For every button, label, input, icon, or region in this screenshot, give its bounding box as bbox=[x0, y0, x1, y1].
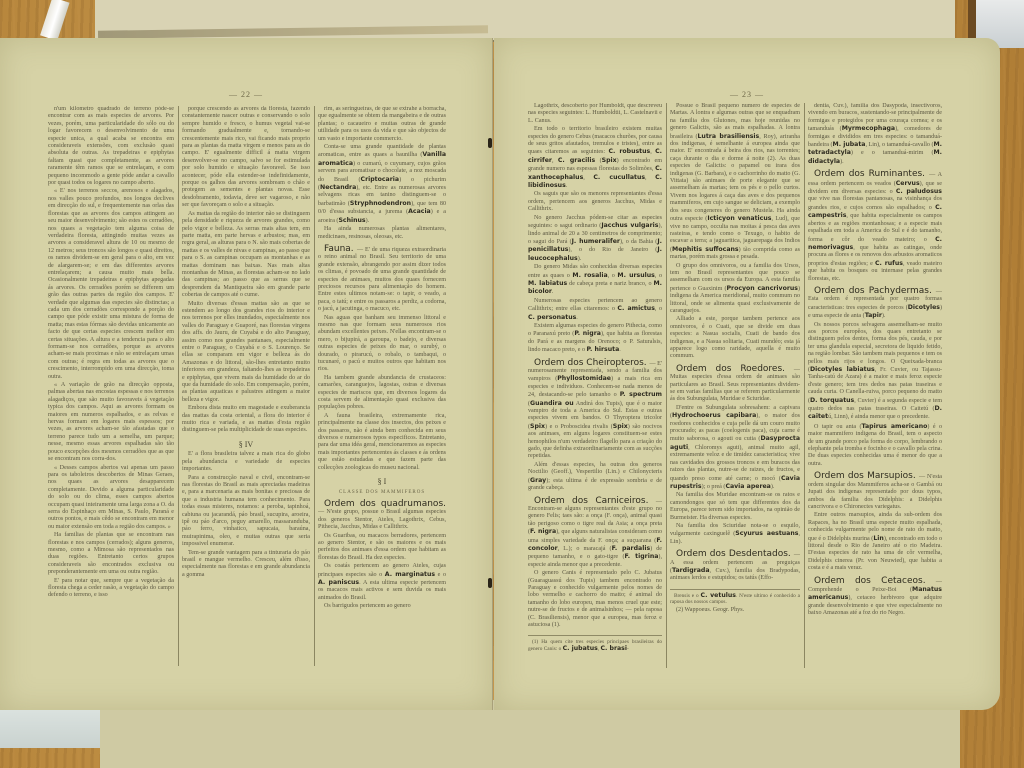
paragraph: Nas aguas que banham seu immenso littora… bbox=[318, 315, 446, 374]
left-column-1: n'um kilometro quadrado de terreno póde-… bbox=[48, 106, 174, 666]
section-heading: Ordem dos Marsupios. — N'esta ordem sing… bbox=[808, 473, 942, 511]
section-heading: Ordem dos Desdentados. — A essa ordem pe… bbox=[670, 551, 800, 583]
paragraph: Os saguis que são os menores representan… bbox=[528, 191, 662, 213]
paragraph: Lagothrix, descoberto por Humboldt, que … bbox=[528, 103, 662, 125]
right-column-2: Possue o Brasil pequeno numero de especi… bbox=[670, 103, 800, 668]
paragraph: Do genero Midas são conhecidas diversas … bbox=[528, 264, 662, 297]
right-column-3: dentia, Cuv.), familia dos Dasypoda, ins… bbox=[808, 103, 942, 668]
paragraph: D'entre os Subungulata sobresahem: a cap… bbox=[670, 405, 800, 491]
paragraph: Ha familias de plantas que se encontram … bbox=[48, 532, 174, 576]
right-column-1: Lagothrix, descoberto por Humboldt, que … bbox=[528, 103, 662, 668]
section-mark: § I bbox=[318, 478, 446, 485]
left-column-2: porque crescendo as arvores da floresta,… bbox=[182, 106, 310, 666]
left-page: — 22 — n'um kilometro quadrado de terren… bbox=[0, 38, 493, 710]
section-heading: Ordem dos Roedores. — Muitas especies d'… bbox=[670, 366, 800, 404]
section-heading: Fauna. — E' de uma riqueza extraordinari… bbox=[318, 246, 446, 314]
paragraph: « A variação de grão na direcção opposta… bbox=[48, 382, 174, 463]
paragraph: Possue o Brasil pequeno numero de especi… bbox=[670, 103, 800, 262]
column-rule bbox=[178, 106, 179, 666]
paragraph: Os barrigudos pertencem ao genero bbox=[318, 603, 446, 610]
column-rule bbox=[666, 103, 667, 668]
paragraph: porque crescendo as arvores da floresta,… bbox=[182, 106, 310, 210]
paragraph: Os Guaribas, ou macacos berradores, pert… bbox=[318, 533, 446, 563]
paragraph: (1) Ha quem cite tres especies principae… bbox=[528, 635, 662, 652]
paragraph: Entre outros marsupios, ainda da sub-ord… bbox=[808, 512, 942, 572]
paragraph: Na familia dos Muridae encontram-se os r… bbox=[670, 492, 800, 522]
left-column-3: rim, as seringueiras, de que se extrahe … bbox=[318, 106, 446, 666]
back-cover-bottom bbox=[100, 700, 960, 768]
paragraph: Tem-se grande vantagem para a tinturaria… bbox=[182, 550, 310, 580]
paragraph: Na familia dos Sciuridae nota-se o esqui… bbox=[670, 523, 800, 546]
paragraph: As mattas da região do interior não se d… bbox=[182, 211, 310, 300]
paragraph: « E' nos terrenos seccos, arenosos e ala… bbox=[48, 188, 174, 381]
paragraph: E' para notar que, sempre que a vegetaçã… bbox=[48, 578, 174, 600]
paragraph: « Desses campos abertos vai apenas um pa… bbox=[48, 465, 174, 532]
column-rule bbox=[314, 106, 315, 666]
binding-hole bbox=[488, 578, 492, 588]
section-heading: Ordem dos Cetaceos. — Comprehende o Peix… bbox=[808, 578, 942, 618]
binding-hole bbox=[488, 138, 492, 148]
paragraph: Os nossos porcos selvagens assemelham-se… bbox=[808, 322, 942, 422]
page-number: — 23 — bbox=[494, 90, 1000, 99]
section-mark: § IV bbox=[182, 441, 310, 448]
paragraph: rim, as seringueiras, de que se extrahe … bbox=[318, 106, 446, 143]
paragraph: O tapir ou anta (Tapirus americano) é o … bbox=[808, 423, 942, 468]
section-heading: Ordem dos Cheiropteros. — E' numerosamen… bbox=[528, 360, 662, 461]
paragraph: Existem algumas especies do genero Pithe… bbox=[528, 323, 662, 355]
column-rule bbox=[804, 103, 805, 668]
paragraph: dentia, Cuv.), familia dos Dasypoda, ins… bbox=[808, 103, 942, 166]
paragraph: Numerosas especies pertencem ao genero C… bbox=[528, 298, 662, 322]
paragraph: A fauna brasileira, extremamente rica, p… bbox=[318, 413, 446, 472]
paragraph: Em todo o territorio brasileiro existem … bbox=[528, 126, 662, 190]
class-title: CLASSE DOS MAMMIFEROS bbox=[318, 489, 446, 496]
paragraph: (2) Wappoeus. Geogr. Phys. bbox=[670, 607, 800, 614]
paragraph: Embora dista muito em magestade e exuber… bbox=[182, 405, 310, 435]
paragraph: E' a flora brasileira talvez a mais rica… bbox=[182, 451, 310, 473]
paragraph: O grupo dos omnivoros, ou a familia dos … bbox=[670, 263, 800, 316]
paragraph: Ha ainda numerosas plantas alimentares, … bbox=[318, 226, 446, 241]
section-heading: Ordem dos quadrumanos. — N'este grupo, p… bbox=[318, 501, 446, 532]
page-number: — 22 — bbox=[0, 90, 492, 99]
paragraph: n'um kilometro quadrado de terreno póde-… bbox=[48, 106, 174, 187]
section-heading: Ordem dos Carniceiros. — Encontram-se al… bbox=[528, 498, 662, 570]
paragraph: Para a construcção naval e civil, encont… bbox=[182, 475, 310, 549]
section-heading: Ordem dos Ruminantes. — A essa ordem per… bbox=[808, 171, 942, 283]
paragraph: Muito diversas d'essas mattas são as que… bbox=[182, 301, 310, 405]
paragraph: Alliado a este, porque tambem pertence a… bbox=[670, 316, 800, 360]
right-page: — 23 — Lagothrix, descoberto por Humbold… bbox=[494, 38, 1000, 710]
paragraph: Brensis e o C. vetulus. N'este ultimo é … bbox=[670, 589, 800, 606]
section-heading: Ordem dos Pachydermas. — Esta ordem é re… bbox=[808, 288, 942, 321]
paragraph: Além d'essas especies, ha outras dos gen… bbox=[528, 462, 662, 493]
paragraph: Conta-se uma grande quantidade de planta… bbox=[318, 144, 446, 225]
paragraph: No genero Jacchus pódem-se citar as espe… bbox=[528, 215, 662, 263]
paragraph: Ha tambem grande abundancia de crustaceo… bbox=[318, 375, 446, 412]
paragraph: Os coatás pertencem ao genero Ateles, cu… bbox=[318, 563, 446, 602]
paragraph: O genero Canis é representado pelo C. Ju… bbox=[528, 570, 662, 629]
